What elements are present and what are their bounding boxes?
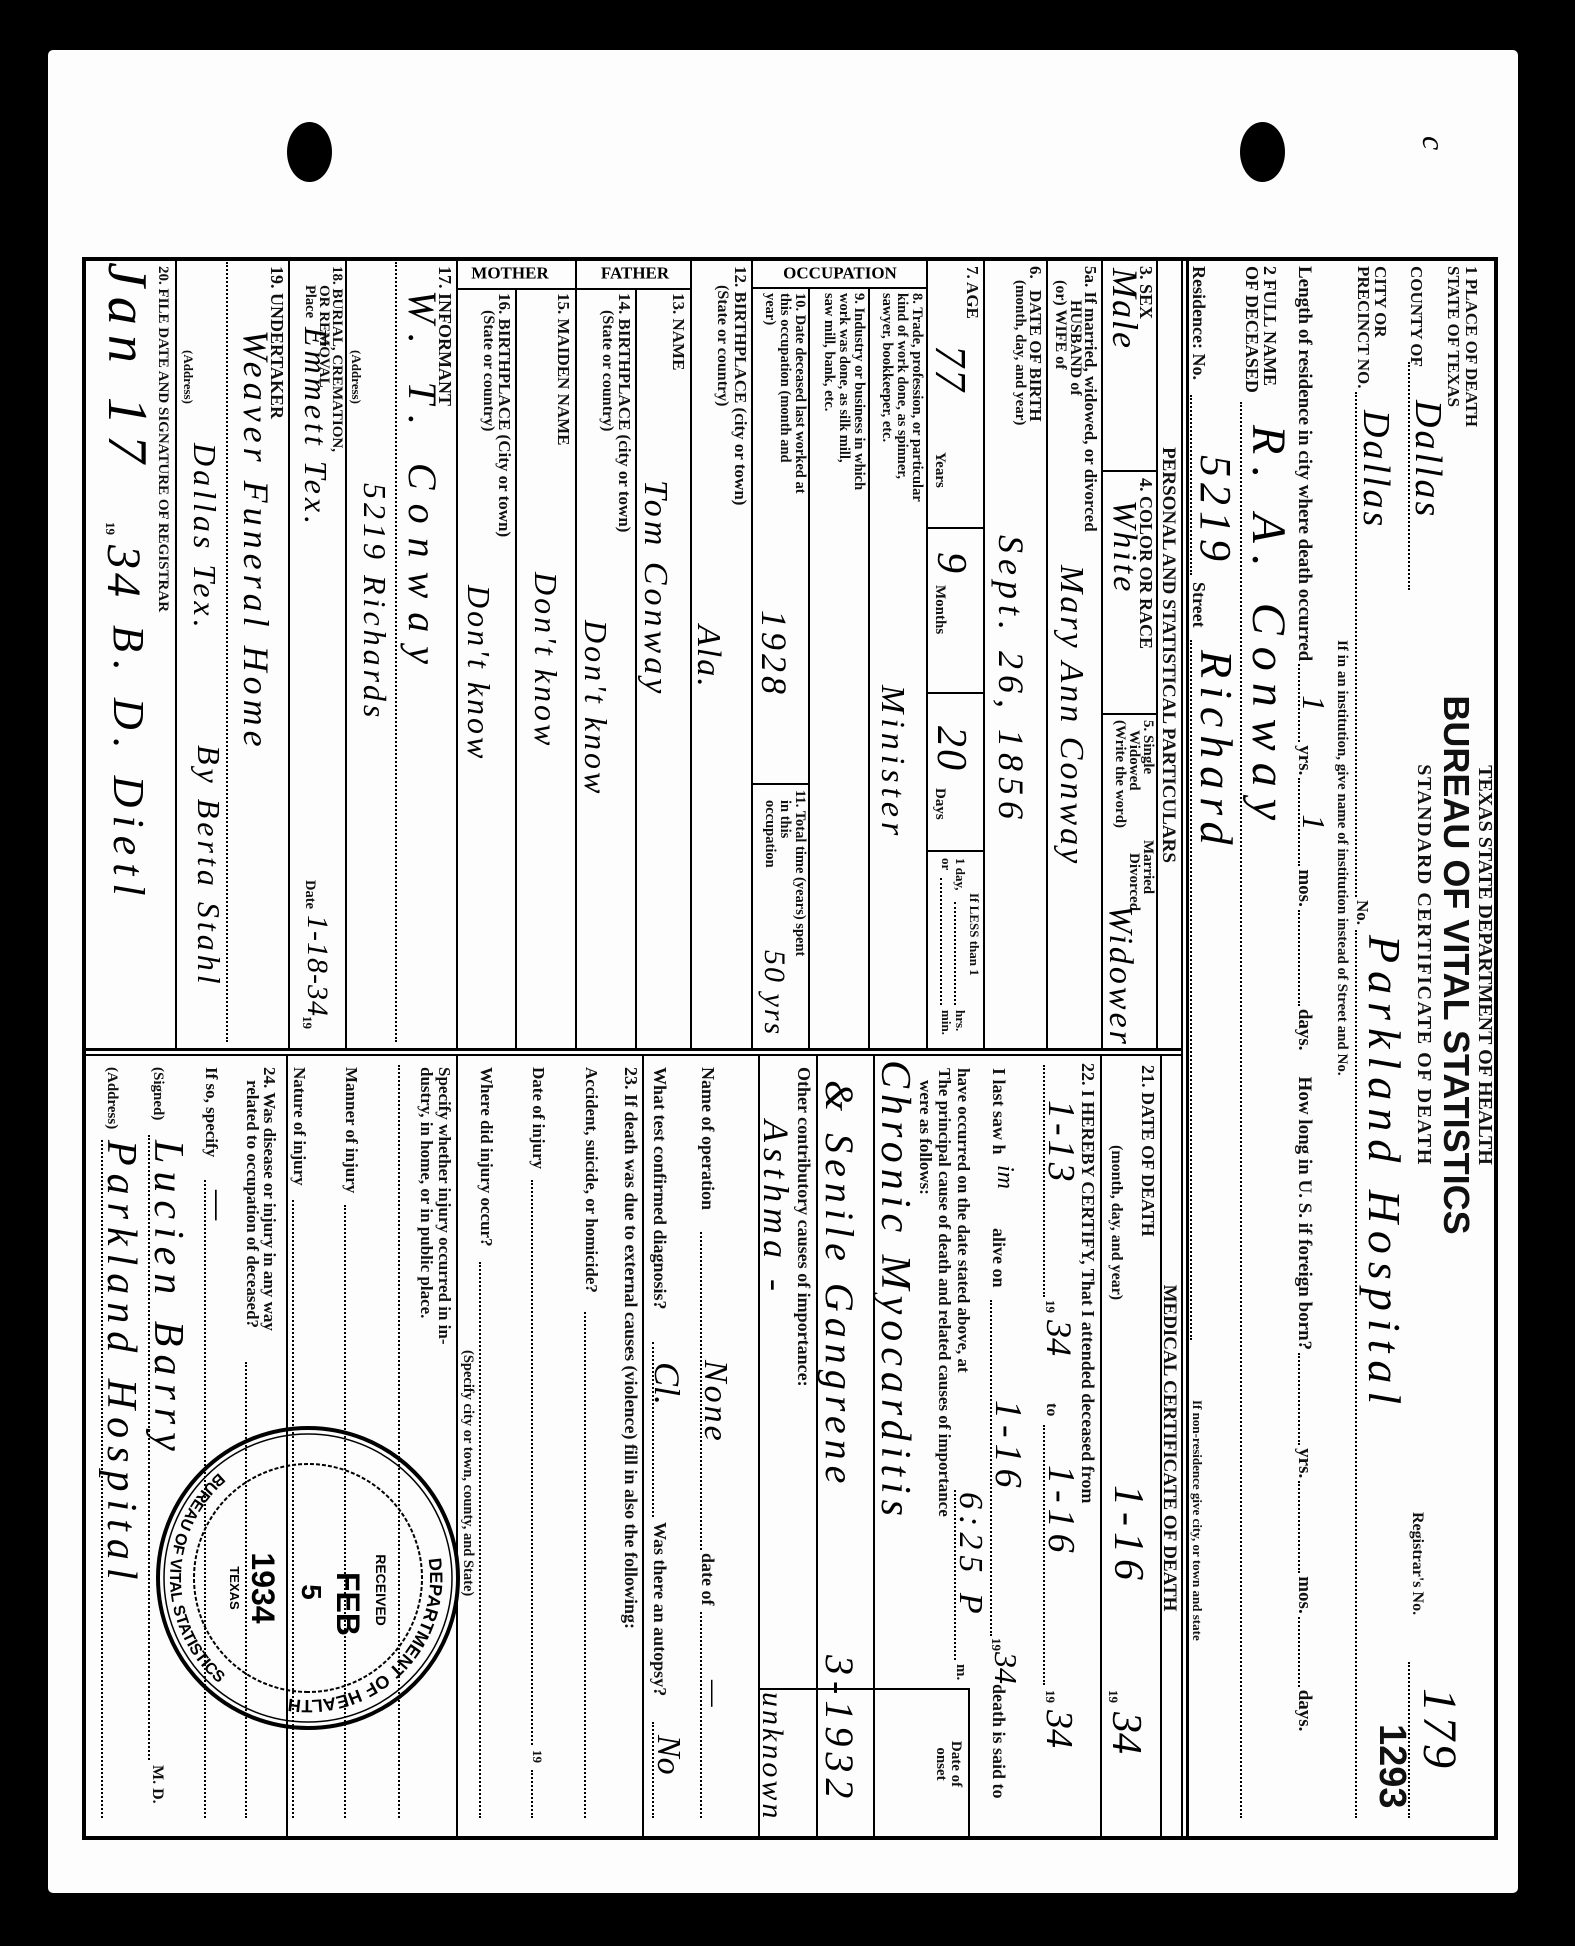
city-value: Dallas bbox=[1357, 410, 1395, 529]
full-name-label-line2: OF DECEASED bbox=[1243, 266, 1261, 393]
trade-label: sawyer, bookkeeper, etc. bbox=[880, 293, 895, 442]
form-rule bbox=[928, 692, 985, 694]
last-worked-label: year) bbox=[763, 293, 778, 325]
file-date-year-prefix: 19 bbox=[104, 522, 117, 535]
cause-2-onset: 3-1932 bbox=[819, 1655, 859, 1804]
form-rule bbox=[868, 287, 870, 1048]
form-rule bbox=[345, 257, 347, 1048]
marital-label: (Write the word) bbox=[1112, 720, 1127, 828]
svg-text:BUREAU OF VITAL STATISTICS: BUREAU OF VITAL STATISTICS bbox=[166, 1470, 228, 1687]
industry-label: 9. Industry or business in which bbox=[852, 293, 867, 490]
hours-leader bbox=[954, 902, 956, 1005]
foreign-born-label: How long in U. S. if foreign born? bbox=[1295, 1077, 1314, 1351]
injury-setting-label: dustry, in home, or in public place. bbox=[418, 1067, 435, 1318]
onset-header: Date of bbox=[948, 1741, 963, 1787]
institution-leader bbox=[1355, 930, 1357, 1818]
form-rule bbox=[1103, 470, 1158, 472]
trade-label: kind of work done, as spinner, bbox=[895, 293, 910, 479]
date-of-death-value: 1-16 bbox=[1107, 1485, 1149, 1586]
specify-value: — bbox=[201, 1190, 235, 1240]
age-label: 7. AGE bbox=[964, 266, 981, 319]
institution-value: Parkland Hospital bbox=[1361, 935, 1407, 1412]
total-time-value: 50 yrs bbox=[759, 950, 789, 1036]
burial-place-value: Emmett Tex. bbox=[300, 327, 332, 528]
hours-label: hrs. bbox=[954, 1010, 967, 1031]
form-rule bbox=[288, 257, 290, 1048]
informant-address-value: 5219 Richards bbox=[359, 483, 391, 721]
birth-date-label: DATE OF BIRTH bbox=[1027, 290, 1044, 422]
attendance-to-label: to bbox=[1043, 1403, 1059, 1416]
form-rule bbox=[873, 1055, 875, 1840]
occurred-time: 6:25 P bbox=[953, 1492, 987, 1620]
deputy-registrar-signature: By Berta Stahl bbox=[193, 745, 225, 988]
days-field bbox=[1298, 910, 1301, 1006]
county-label: COUNTY OF bbox=[1408, 266, 1425, 367]
institution-no-label: No. bbox=[1354, 900, 1371, 925]
external-causes-label: 23. If death was due to external causes … bbox=[622, 1067, 640, 1629]
marital-label: 5. Single bbox=[1140, 720, 1155, 774]
diagnosis-value: Cl. bbox=[649, 1362, 685, 1405]
father-group-label: FATHER bbox=[601, 265, 669, 282]
burial-date-label: Date bbox=[303, 880, 318, 909]
stamp-ring-bottom-text: BUREAU OF VITAL STATISTICS bbox=[166, 1470, 228, 1687]
contributory-onset: unknown bbox=[757, 1692, 787, 1821]
signed-label: (Signed) bbox=[150, 1067, 165, 1120]
form-rule bbox=[1186, 257, 1189, 1840]
spouse-value: Mary Ann Conway bbox=[1054, 565, 1088, 866]
operation-value: None bbox=[698, 1360, 732, 1444]
date-of-death-sublabel: (month, day, and year) bbox=[1108, 1145, 1124, 1300]
attendance-from-year-prefix: 19 bbox=[1044, 1300, 1057, 1313]
foreign-years-field bbox=[1298, 1353, 1301, 1445]
attendance-to-year-prefix: 19 bbox=[1044, 1690, 1057, 1703]
birthplace-label: (State or country) bbox=[714, 285, 730, 406]
foreign-months-label: mos. bbox=[1295, 1576, 1314, 1613]
form-rule bbox=[690, 257, 692, 1048]
form-rule bbox=[928, 850, 985, 852]
father-birthplace-value: Don't know bbox=[580, 620, 612, 796]
last-worked-label: this occupation (month and bbox=[778, 293, 793, 463]
foreign-days-label: days. bbox=[1295, 1690, 1314, 1732]
form-rule bbox=[968, 1688, 970, 1840]
total-time-label: occupation bbox=[763, 800, 778, 868]
spouse-label: (or) WIFE of bbox=[1052, 280, 1068, 369]
form-rule bbox=[642, 1055, 644, 1840]
file-date-year: 34 bbox=[99, 545, 147, 601]
medical-section-title: MEDICAL CERTIFICATE OF DEATH bbox=[1160, 1285, 1179, 1612]
county-value: Dallas bbox=[1409, 400, 1447, 519]
less-than-day-label: 1 day, bbox=[954, 858, 967, 891]
received-stamp: DEPARTMENT OF HEALTH BUREAU OF VITAL STA… bbox=[148, 1418, 468, 1738]
age-months-label: Months bbox=[932, 585, 947, 634]
mother-birthplace-value: Don't know bbox=[463, 585, 495, 761]
form-rule bbox=[635, 288, 637, 1048]
full-name-label-line1: 2 FULL NAME bbox=[1261, 266, 1279, 386]
accident-leader bbox=[584, 1312, 586, 1818]
form-rule bbox=[816, 1055, 818, 1840]
form-rule bbox=[458, 288, 577, 290]
mother-birthplace-label: (State or country) bbox=[480, 310, 496, 431]
attendance-to-year: 34 bbox=[1040, 1710, 1078, 1748]
registrar-number-stamped: 1293 bbox=[1373, 1724, 1411, 1809]
diagnosis-label: What test confirmed diagnosis? bbox=[651, 1067, 669, 1310]
certificate-title: STANDARD CERTIFICATE OF DEATH bbox=[1414, 764, 1434, 1166]
injury-setting-label: Specify whether injury occurred in in- bbox=[436, 1067, 453, 1345]
punch-hole-icon bbox=[287, 122, 332, 182]
industry-label: work was done, as silk mill, bbox=[837, 293, 852, 463]
burial-place-label: Place bbox=[303, 285, 318, 318]
marital-label: Widowed bbox=[1126, 730, 1141, 791]
contributory-label: Other contributory causes of importance: bbox=[795, 1067, 813, 1387]
months-label: mos. bbox=[1295, 869, 1314, 906]
state-label: STATE OF TEXAS bbox=[1445, 266, 1462, 407]
informant-address-label: (Address) bbox=[350, 350, 363, 404]
foreign-months-field bbox=[1298, 1481, 1301, 1573]
days-label: days. bbox=[1295, 1009, 1314, 1051]
last-seen-year-prefix: 19 bbox=[990, 1638, 1003, 1651]
trade-value: Minister bbox=[875, 685, 909, 840]
father-name-label: 13. NAME bbox=[670, 293, 687, 370]
full-name-value: R. A. Conway bbox=[1244, 425, 1292, 832]
place-of-death-label: 1 PLACE OF DEATH bbox=[1463, 266, 1480, 427]
stamp-outer-ring bbox=[158, 1428, 458, 1728]
operation-date-leader bbox=[700, 1612, 702, 1818]
residence-length-label: Length of residence in city where death … bbox=[1295, 266, 1314, 661]
industry-label: saw mill, bank, etc. bbox=[822, 293, 837, 411]
autopsy-label: Was there an autopsy? bbox=[651, 1522, 669, 1696]
mother-maiden-name-label: 15. MAIDEN NAME bbox=[555, 293, 572, 446]
age-years-label: Years bbox=[932, 452, 947, 488]
spouse-label: HUSBAND of bbox=[1067, 300, 1083, 396]
operation-label: Name of operation bbox=[699, 1067, 717, 1210]
informant-value: W. T. Conway bbox=[402, 290, 442, 678]
spouse-label: 5a. If married, widowed, or divorced bbox=[1082, 266, 1099, 532]
form-rule bbox=[753, 287, 928, 289]
marital-value: Widower bbox=[1103, 905, 1137, 1047]
occupation-group-label: OCCUPATION bbox=[783, 265, 897, 282]
column-divider bbox=[82, 1048, 1183, 1051]
cause-1: Chronic Myocarditis bbox=[874, 1060, 916, 1522]
race-value: White bbox=[1107, 500, 1141, 594]
mother-group-label: MOTHER bbox=[471, 265, 548, 282]
form-rule bbox=[760, 1688, 970, 1690]
injury-year-leader bbox=[531, 1770, 533, 1818]
form-rule bbox=[753, 783, 810, 785]
marital-label: Divorced bbox=[1126, 853, 1141, 911]
minutes-leader bbox=[940, 878, 942, 1005]
margin-mark: c bbox=[1418, 136, 1450, 150]
occupational-label: 24. Was disease or injury in any way bbox=[261, 1067, 278, 1331]
punch-hole-icon bbox=[1240, 122, 1285, 182]
registrar-number-handwritten: 179 bbox=[1415, 1688, 1463, 1772]
nature-label: Nature of injury bbox=[291, 1067, 308, 1186]
birthplace-value: Ala. bbox=[691, 625, 725, 689]
street-label: Street bbox=[1190, 582, 1208, 628]
injury-date-leader bbox=[531, 1180, 533, 1745]
undertaker-address-value: Dallas Tex. bbox=[189, 443, 221, 632]
city-label-line1: CITY OR bbox=[1372, 266, 1389, 338]
date-of-death-year-prefix: 19 bbox=[1107, 1690, 1120, 1703]
file-date-month-day: Jan 17 bbox=[99, 262, 155, 473]
institution-note: If in an institution, give name of insti… bbox=[1334, 640, 1349, 1076]
attendance-to: 1-16 bbox=[1042, 1465, 1080, 1559]
date-of-death-year: 34 bbox=[1105, 1712, 1147, 1754]
form-rule bbox=[575, 257, 577, 1048]
contributory-cause: Asthma - bbox=[758, 1120, 794, 1297]
form-rule bbox=[758, 1055, 760, 1840]
attendance-from: 1-13 bbox=[1042, 1100, 1080, 1186]
foreign-days-field bbox=[1298, 1617, 1301, 1687]
form-rule bbox=[1160, 1055, 1162, 1840]
physician-signature: Lucien Barry bbox=[147, 1140, 189, 1459]
stamp-place: TEXAS bbox=[227, 1566, 242, 1610]
attendance-from-year: 34 bbox=[1041, 1320, 1077, 1356]
manner-label: Manner of injury bbox=[343, 1067, 360, 1193]
residence-label: Residence: No. bbox=[1190, 266, 1208, 380]
birth-date-number: 6. bbox=[1027, 266, 1044, 279]
residence-length-row: Length of residence in city where death … bbox=[1295, 266, 1317, 1731]
sex-value: Male bbox=[1107, 268, 1143, 350]
bureau-title: BUREAU OF VITAL STATISTICS bbox=[1438, 695, 1474, 1234]
mother-maiden-name-value: Don't know bbox=[530, 572, 562, 748]
burial-year-prefix: 19 bbox=[301, 1016, 314, 1029]
department-title: TEXAS STATE DEPARTMENT OF HEALTH bbox=[1475, 765, 1495, 1165]
father-birthplace-label: 14. BIRTHPLACE (city or town) bbox=[616, 293, 633, 532]
stamp-ring bbox=[164, 1434, 452, 1722]
total-time-label: in this bbox=[778, 800, 793, 838]
form-rule bbox=[1046, 257, 1048, 1048]
stamp-month: FEB bbox=[330, 1572, 366, 1636]
last-seen-label: death is said to bbox=[990, 1684, 1008, 1799]
father-name-value: Tom Conway bbox=[638, 480, 672, 697]
cause-intro: were as follows: bbox=[917, 1080, 934, 1195]
md-suffix: M. D. bbox=[149, 1765, 165, 1804]
last-worked-label: 10. Date deceased last worked at bbox=[793, 293, 808, 494]
last-worked-value: 1928 bbox=[756, 610, 792, 698]
years-label: yrs. bbox=[1295, 745, 1314, 775]
months-field: 1 bbox=[1298, 778, 1301, 866]
years-field: 1 bbox=[1298, 664, 1301, 742]
form-rule bbox=[175, 257, 177, 1048]
operation-date-label: date of bbox=[699, 1553, 717, 1606]
burial-date-value: 1-18-34 bbox=[302, 915, 332, 1017]
trade-label: 8. Trade, profession, or particular bbox=[910, 293, 925, 502]
marital-label: Married bbox=[1140, 840, 1155, 894]
registrar-signature: B. D. Dietl bbox=[106, 625, 150, 904]
death-certificate-scan: c 1 PLACE OF DEATH STATE OF TEXAS COUNTY… bbox=[0, 0, 1575, 1946]
specify-label: If so, specify bbox=[203, 1067, 220, 1157]
residence-number: 5219 bbox=[1193, 455, 1237, 567]
physician-address-label: (Address) bbox=[104, 1067, 119, 1129]
autopsy-value: No bbox=[651, 1735, 685, 1775]
city-label-line2: PRECINCT NO. bbox=[1355, 266, 1372, 388]
accident-label: Accident, suicide, or homicide? bbox=[583, 1067, 600, 1293]
form-rule bbox=[926, 257, 928, 1048]
form-rule bbox=[1156, 257, 1158, 1048]
stamp-year: 1934 bbox=[245, 1552, 281, 1623]
last-seen-label: I last saw h bbox=[990, 1068, 1008, 1155]
last-seen-pronoun: im bbox=[993, 1165, 1017, 1189]
form-rule bbox=[1101, 257, 1103, 1048]
stamp-day: 5 bbox=[296, 1584, 327, 1600]
birth-date-value: Sept. 26, 1856 bbox=[993, 535, 1029, 825]
onset-header: onset bbox=[933, 1747, 948, 1780]
minutes-label: min. bbox=[940, 1010, 953, 1035]
less-than-day-label: If LESS than 1 bbox=[968, 893, 981, 976]
age-days-label: Days bbox=[932, 788, 947, 820]
form-rule bbox=[751, 257, 753, 1048]
injury-date-label: Date of injury bbox=[530, 1067, 547, 1169]
operation-date-value: — bbox=[699, 1680, 729, 1707]
undertaker-value: Weaver Funeral Home bbox=[238, 330, 274, 752]
birth-date-sublabel: (month, day, and year) bbox=[1012, 280, 1027, 425]
age-years: 77 bbox=[928, 345, 972, 393]
age-months: 9 bbox=[930, 552, 972, 573]
last-seen-date: 1-16 bbox=[989, 1400, 1027, 1494]
form-rule bbox=[808, 287, 810, 1048]
injury-year-prefix: 19 bbox=[531, 1750, 544, 1763]
injury-place-leader bbox=[479, 1262, 481, 1818]
occupational-label: related to occupation of deceased? bbox=[244, 1080, 261, 1328]
less-than-day-label: or bbox=[940, 858, 953, 870]
form-rule bbox=[928, 527, 985, 529]
street-value: Richard bbox=[1193, 650, 1239, 853]
last-seen-label: alive on bbox=[990, 1228, 1008, 1288]
cause-2: & Senile Gangrene bbox=[819, 1080, 859, 1489]
injury-place-label: Where did injury occur? bbox=[478, 1067, 495, 1247]
occurred-suffix: m. bbox=[953, 1664, 968, 1680]
physician-address-value: Parkland Hospital bbox=[100, 1140, 142, 1588]
mother-birthplace-label: 16. BIRTHPLACE (City or town) bbox=[496, 293, 513, 537]
age-days: 20 bbox=[930, 726, 972, 772]
occurred-label: have occurred on the date stated above, … bbox=[955, 1068, 972, 1373]
column-divider bbox=[82, 1054, 1183, 1056]
last-seen-year: 34 bbox=[990, 1652, 1022, 1684]
personal-section-title: PERSONAL AND STATISTICAL PARTICULARS bbox=[1159, 447, 1178, 863]
registrar-label: Registrar's No. bbox=[1409, 1512, 1425, 1615]
form-rule bbox=[983, 257, 985, 1048]
informant-leader bbox=[395, 262, 397, 1042]
foreign-years-label: yrs. bbox=[1295, 1448, 1314, 1478]
father-birthplace-label: (State or country) bbox=[599, 310, 615, 431]
date-of-death-label: 21. DATE OF DEATH bbox=[1139, 1065, 1157, 1237]
stamp-received: RECEIVED bbox=[373, 1554, 389, 1626]
form-rule bbox=[1103, 713, 1158, 715]
form-rule bbox=[456, 257, 458, 1048]
cause-intro: The principal cause of death and related… bbox=[936, 1068, 953, 1517]
non-residence-note: If non-residence give city, or town and … bbox=[1191, 1400, 1204, 1641]
form-rule bbox=[515, 288, 517, 1048]
total-time-label: 11. Total time (years) spent bbox=[793, 790, 808, 956]
undertaker-address-label: (Address) bbox=[182, 350, 195, 404]
birthplace-label: 12. BIRTHPLACE (city or town) bbox=[732, 266, 749, 505]
form-rule bbox=[1100, 1055, 1102, 1840]
